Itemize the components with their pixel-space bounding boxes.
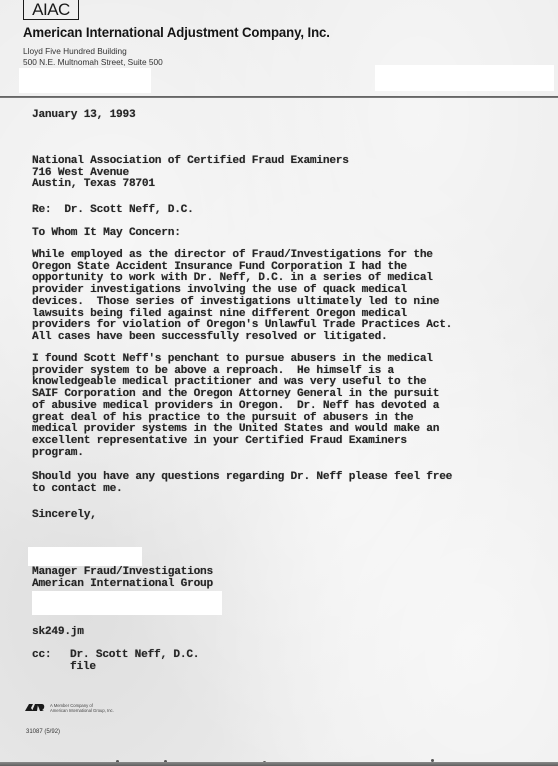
- closing: Sincerely,: [32, 510, 97, 522]
- recipient-line: Austin, Texas 78701: [32, 179, 349, 191]
- letter-date: January 13, 1993: [32, 110, 135, 122]
- recipient-address: National Association of Certified Fraud …: [32, 156, 349, 191]
- subject-line: Re: Dr. Scott Neff, D.C.: [32, 205, 194, 217]
- redaction-box: [19, 68, 151, 93]
- body-paragraph: Should you have any questions regarding …: [32, 472, 452, 495]
- redaction-box: [375, 65, 554, 91]
- body-paragraph: I found Scott Neff's penchant to pursue …: [32, 354, 439, 459]
- form-number: 31087 (5/92): [26, 729, 60, 735]
- member-text-line: American International Group, Inc.: [50, 708, 114, 713]
- cc-item: file: [70, 662, 199, 674]
- letterhead-divider: [0, 96, 558, 98]
- reference-initials: sk249.jm: [32, 627, 84, 639]
- cc-list: Dr. Scott Neff, D.C.file: [70, 650, 199, 673]
- cc-item: Dr. Scott Neff, D.C.: [70, 650, 199, 662]
- address-line-street: 500 N.E. Multnomah Street, Suite 500: [23, 57, 163, 67]
- aig-member-logo-icon: [24, 702, 46, 712]
- address-line-building: Lloyd Five Hundred Building: [23, 46, 127, 56]
- company-logo: AIAC: [23, 0, 79, 20]
- redaction-box: [32, 591, 222, 615]
- salutation: To Whom It May Concern:: [32, 228, 181, 240]
- company-name: American International Adjustment Compan…: [23, 25, 330, 40]
- signatory-title: Manager Fraud/InvestigationsAmerican Int…: [32, 567, 213, 590]
- page-bottom-edge: [0, 762, 558, 766]
- redaction-box: [28, 547, 142, 566]
- member-company-text: A Member Company ofAmerican Internationa…: [50, 703, 114, 713]
- body-paragraph: While employed as the director of Fraud/…: [32, 250, 452, 344]
- recipient-line: National Association of Certified Fraud …: [32, 156, 349, 168]
- signatory-title-line: Manager Fraud/Investigations: [32, 567, 213, 579]
- signatory-company-line: American International Group: [32, 579, 213, 591]
- cc-label: cc:: [32, 650, 51, 662]
